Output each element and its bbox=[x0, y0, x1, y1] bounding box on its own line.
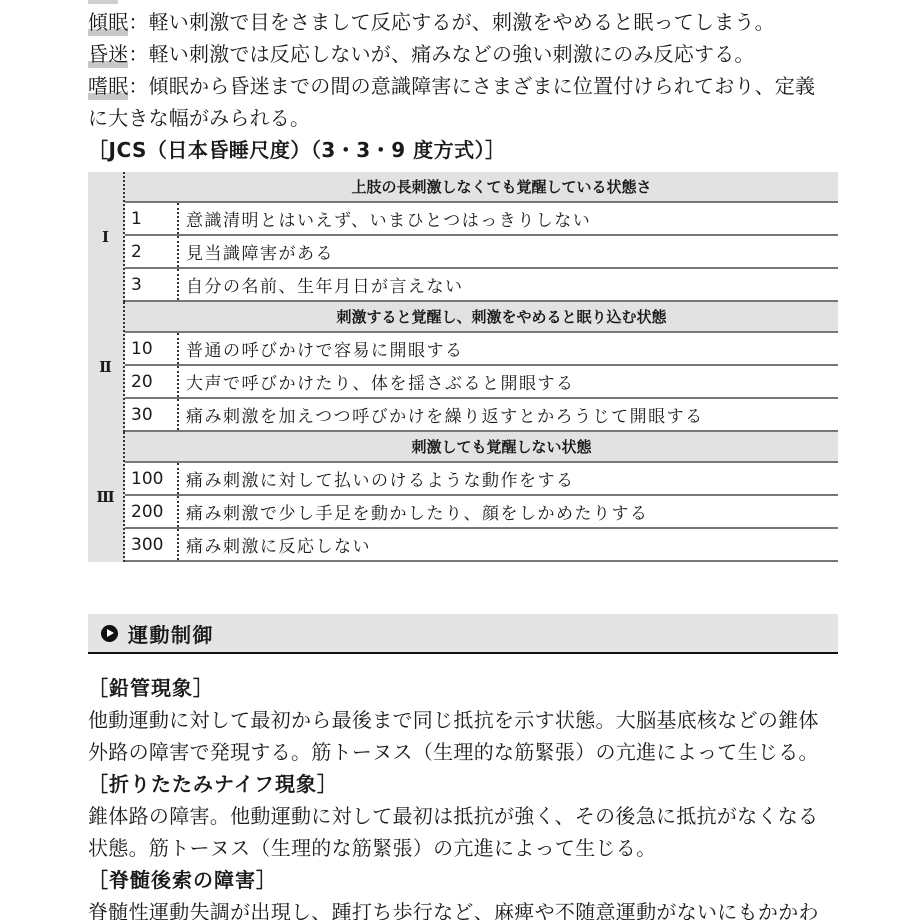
section-title: 運動制御 bbox=[128, 619, 214, 648]
jcs-group-3: Ⅲ 刺激しても覚醒しない状態 100 痛み刺激に対して払いのけるような動作をする… bbox=[88, 432, 838, 562]
jcs-description: 痛み刺激に対して払いのけるような動作をする bbox=[179, 466, 575, 491]
definition-continuation: に大きな幅がみられる。 bbox=[88, 102, 815, 134]
table-row: 30 痛み刺激を加えつつ呼びかけを繰り返すとかろうじて開眼する bbox=[125, 399, 838, 432]
table-row: 20 大声で呼びかけたり、体を揺さぶると開眼する bbox=[125, 366, 838, 399]
jcs-group-1: Ⅰ 上肢の長刺激しなくても覚醒している状態さ 1 意識清明とはいえず、いまひとつ… bbox=[88, 172, 838, 302]
jcs-score: 2 bbox=[125, 236, 179, 267]
table-row: 200 痛み刺激で少し手足を動かしたり、顔をしかめたりする bbox=[125, 496, 838, 529]
table-row: 100 痛み刺激に対して払いのけるような動作をする bbox=[125, 463, 838, 496]
jcs-description: 意識清明とはいえず、いまひとつはっきりしない bbox=[179, 206, 591, 231]
table-row: 10 普通の呼びかけで容易に開眼する bbox=[125, 333, 838, 366]
jcs-description: 痛み刺激に反応しない bbox=[179, 532, 371, 557]
jcs-level-label: Ⅱ bbox=[88, 302, 125, 432]
definition-stupor: 昏迷：軽い刺激では反応しないが、痛みなどの強い刺激にのみ反応する。 bbox=[88, 38, 815, 70]
jcs-group-header: 刺激すると覚醒し、刺激をやめると眠り込む状態 bbox=[125, 302, 838, 333]
jcs-score: 10 bbox=[125, 333, 179, 364]
table-row: 300 痛み刺激に反応しない bbox=[125, 529, 838, 562]
definition-somnolence: 傾眠：軽い刺激で目をさまして反応するが、刺激をやめると眠ってしまう。 bbox=[88, 6, 815, 38]
table-row: 3 自分の名前、生年月日が言えない bbox=[125, 269, 838, 302]
body-line: 状態。筋トーヌス（生理的な筋緊張）の亢進によって生じる。 bbox=[88, 832, 840, 864]
jcs-group-header: 刺激しても覚醒しない状態 bbox=[125, 432, 838, 463]
jcs-description: 普通の呼びかけで容易に開眼する bbox=[179, 336, 464, 361]
jcs-score: 200 bbox=[125, 496, 179, 527]
jcs-description: 見当識障害がある bbox=[179, 239, 334, 264]
jcs-level-label: Ⅲ bbox=[88, 432, 125, 562]
jcs-description: 大声で呼びかけたり、体を揺さぶると開眼する bbox=[179, 369, 575, 394]
definition-text: ：傾眠から昏迷までの間の意識障害にさまざまに位置付けられており、定義 bbox=[128, 74, 815, 98]
jcs-group-header: 上肢の長刺激しなくても覚醒している状態さ bbox=[125, 172, 838, 203]
play-circle-icon bbox=[101, 625, 118, 642]
jcs-score: 300 bbox=[125, 529, 179, 560]
jcs-score: 100 bbox=[125, 463, 179, 494]
jcs-description: 痛み刺激を加えつつ呼びかけを繰り返すとかろうじて開眼する bbox=[179, 402, 704, 427]
body-line: 脊髄性運動失調が出現し、踵打ち歩行など、麻痺や不随意運動がないにもかかわ bbox=[88, 896, 840, 920]
definition-lethargy: 嗜眠：傾眠から昏迷までの間の意識障害にさまざまに位置付けられており、定義 bbox=[88, 70, 815, 102]
definition-text: ：軽い刺激で目をさまして反応するが、刺激をやめると眠ってしまう。 bbox=[128, 10, 774, 34]
motor-control-content: ［鉛管現象］ 他動運動に対して最初から最後まで同じ抵抗を示す状態。大脳基底核など… bbox=[88, 672, 840, 920]
jcs-description: 自分の名前、生年月日が言えない bbox=[179, 272, 464, 297]
jcs-score: 30 bbox=[125, 399, 179, 430]
table-row: 2 見当識障害がある bbox=[125, 236, 838, 269]
definition-list: 傾眠：軽い刺激で目をさまして反応するが、刺激をやめると眠ってしまう。 昏迷：軽い… bbox=[88, 6, 815, 134]
jcs-title: ［JCS（日本昏睡尺度）（3・3・9 度方式）］ bbox=[88, 134, 506, 163]
jcs-description: 痛み刺激で少し手足を動かしたり、顔をしかめたりする bbox=[179, 499, 649, 524]
table-row: 1 意識清明とはいえず、いまひとつはっきりしない bbox=[125, 203, 838, 236]
jcs-score: 3 bbox=[125, 269, 179, 300]
section-header-motor-control: 運動制御 bbox=[88, 614, 838, 654]
cut-off-term-highlight bbox=[88, 0, 118, 4]
definition-text: ：軽い刺激では反応しないが、痛みなどの強い刺激にのみ反応する。 bbox=[128, 42, 754, 66]
body-line: 錐体路の障害。他動運動に対して最初は抵抗が強く、その後急に抵抗がなくなる bbox=[88, 800, 840, 832]
jcs-score: 20 bbox=[125, 366, 179, 397]
subheading-lead-pipe: ［鉛管現象］ bbox=[88, 672, 840, 704]
definition-term: 昏迷 bbox=[88, 38, 128, 70]
definition-term: 嗜眠 bbox=[88, 70, 128, 102]
jcs-table: Ⅰ 上肢の長刺激しなくても覚醒している状態さ 1 意識清明とはいえず、いまひとつ… bbox=[88, 172, 838, 562]
subheading-clasp-knife: ［折りたたみナイフ現象］ bbox=[88, 768, 840, 800]
jcs-group-2: Ⅱ 刺激すると覚醒し、刺激をやめると眠り込む状態 10 普通の呼びかけで容易に開… bbox=[88, 302, 838, 432]
body-line: 外路の障害で発現する。筋トーヌス（生理的な筋緊張）の亢進によって生じる。 bbox=[88, 736, 840, 768]
jcs-score: 1 bbox=[125, 203, 179, 234]
body-line: 他動運動に対して最初から最後まで同じ抵抗を示す状態。大脳基底核などの錐体 bbox=[88, 704, 840, 736]
jcs-level-label: Ⅰ bbox=[88, 172, 125, 302]
definition-term: 傾眠 bbox=[88, 6, 128, 38]
subheading-posterior-column: ［脊髄後索の障害］ bbox=[88, 864, 840, 896]
